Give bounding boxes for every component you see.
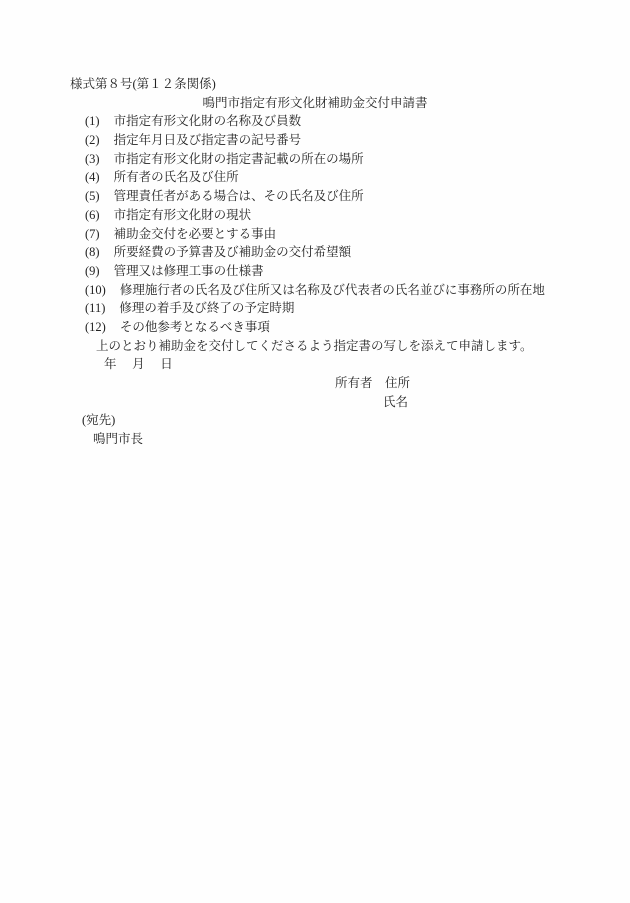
list-item-1: (1) 市指定有形文化財の名称及び員数 [0, 112, 630, 131]
item-text: 所要経費の予算書及び補助金の交付希望額 [114, 243, 352, 262]
document-title: 鳴門市指定有形文化財補助金交付申請書 [0, 94, 630, 113]
list-item-5: (5) 管理責任者がある場合は、その氏名及び住所 [0, 187, 630, 206]
item-number: (1) [85, 112, 100, 131]
date-line: 年 月 日 [0, 355, 630, 374]
addressee-prefix: (宛先) [0, 411, 630, 430]
item-text: 修理の着手及び終了の予定時期 [119, 299, 294, 318]
item-number: (4) [85, 168, 100, 187]
list-item-4: (4) 所有者の氏名及び住所 [0, 168, 630, 187]
item-text: その他参考となるべき事項 [120, 318, 270, 337]
item-text: 補助金交付を必要とする事由 [114, 225, 277, 244]
item-number: (10) [85, 281, 106, 300]
item-number: (5) [85, 187, 100, 206]
addressee-name: 鳴門市長 [0, 430, 630, 449]
list-item-12: (12) その他参考となるべき事項 [0, 318, 630, 337]
closing-statement: 上のとおり補助金を交付してくださるよう指定書の写しを添えて申請します。 [0, 337, 630, 356]
item-number: (7) [85, 225, 100, 244]
item-text: 修理施行者の氏名及び住所又は名称及び代表者の氏名並びに事務所の所在地 [120, 281, 545, 300]
item-number: (6) [85, 206, 100, 225]
owner-name-label: 氏名 [0, 393, 630, 412]
list-item-2: (2) 指定年月日及び指定書の記号番号 [0, 131, 630, 150]
item-number: (8) [85, 243, 100, 262]
list-item-11: (11) 修理の着手及び終了の予定時期 [0, 299, 630, 318]
item-number: (11) [85, 299, 105, 318]
item-text: 管理又は修理工事の仕様書 [114, 262, 264, 281]
item-number: (2) [85, 131, 100, 150]
list-item-9: (9) 管理又は修理工事の仕様書 [0, 262, 630, 281]
item-number: (3) [85, 150, 100, 169]
item-text: 指定年月日及び指定書の記号番号 [114, 131, 302, 150]
list-item-7: (7) 補助金交付を必要とする事由 [0, 225, 630, 244]
document-content: 様式第８号(第１２条関係) 鳴門市指定有形文化財補助金交付申請書 (1) 市指定… [0, 75, 630, 449]
list-item-10: (10) 修理施行者の氏名及び住所又は名称及び代表者の氏名並びに事務所の所在地 [0, 281, 630, 300]
item-number: (12) [85, 318, 106, 337]
list-item-3: (3) 市指定有形文化財の指定書記載の所在の場所 [0, 150, 630, 169]
item-text: 市指定有形文化財の名称及び員数 [114, 112, 302, 131]
item-text: 管理責任者がある場合は、その氏名及び住所 [114, 187, 364, 206]
owner-address-label: 所有者 住所 [0, 374, 630, 393]
form-number: 様式第８号(第１２条関係) [0, 75, 630, 94]
item-text: 市指定有形文化財の現状 [114, 206, 252, 225]
list-item-8: (8) 所要経費の予算書及び補助金の交付希望額 [0, 243, 630, 262]
item-text: 所有者の氏名及び住所 [114, 168, 239, 187]
item-text: 市指定有形文化財の指定書記載の所在の場所 [114, 150, 364, 169]
item-number: (9) [85, 262, 100, 281]
document-page: 様式第８号(第１２条関係) 鳴門市指定有形文化財補助金交付申請書 (1) 市指定… [0, 0, 630, 903]
list-item-6: (6) 市指定有形文化財の現状 [0, 206, 630, 225]
